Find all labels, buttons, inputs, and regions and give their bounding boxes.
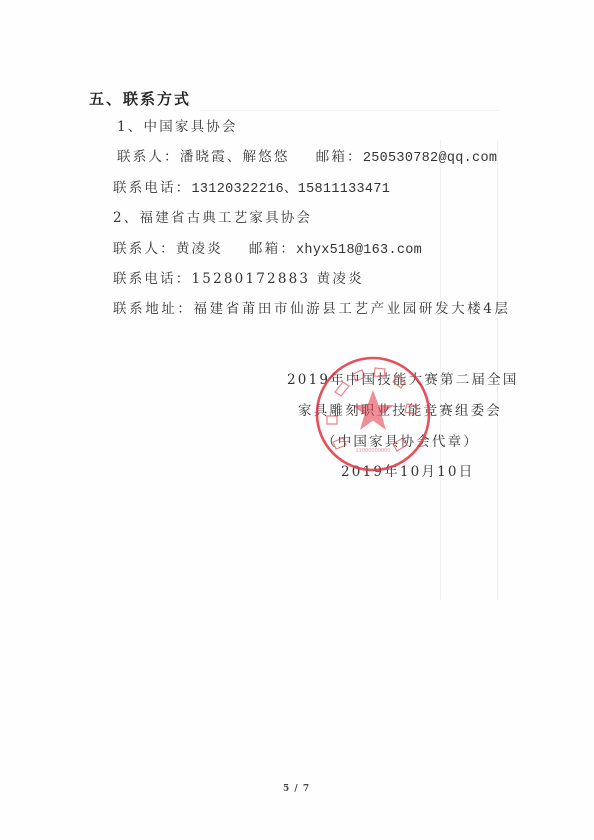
contact-value: 潘晓霞、解悠悠 — [180, 149, 290, 165]
scan-artifact — [200, 110, 500, 111]
phone-label: 联系电话： — [113, 180, 192, 196]
org-1-title: 1、中国家具协会 — [117, 119, 238, 135]
signature-line-1: 2019年中国技能大赛第二届全国 — [287, 368, 519, 388]
org-1-phone-row: 联系电话：13120322216、15811133471 — [113, 180, 390, 198]
email-label: 邮箱： — [316, 149, 363, 165]
org-1-contact-row: 联系人：潘晓霞、解悠悠邮箱：250530782@qq.com — [117, 149, 497, 167]
document-page: 五、联系方式 1、中国家具协会 联系人：潘晓霞、解悠悠邮箱：250530782@… — [0, 0, 594, 840]
email-value: 250530782@qq.com — [363, 151, 497, 166]
contact-value: 黄凌炎 — [176, 241, 223, 257]
email-label: 邮箱： — [249, 241, 296, 257]
phone-value: 15280172883 黄凌炎 — [192, 271, 364, 287]
signature-line-2: 家具雕刻职业技能竞赛组委会 — [298, 399, 502, 419]
section-heading: 五、联系方式 — [89, 88, 191, 109]
org-2-title: 2、福建省古典工艺家具协会 — [113, 210, 312, 226]
contact-label: 联系人： — [113, 241, 176, 257]
address-value: 福建省莆田市仙游县工艺产业园研发大楼4层 — [194, 301, 511, 317]
signature-date: 2019年10月10日 — [341, 460, 474, 480]
phone-label: 联系电话： — [113, 271, 192, 287]
org-2-address-row: 联系地址：福建省莆田市仙游县工艺产业园研发大楼4层 — [113, 301, 511, 317]
page-number: 5 / 7 — [283, 784, 310, 794]
phone-value: 13120322216、15811133471 — [192, 182, 391, 197]
contact-label: 联系人： — [117, 149, 180, 165]
email-value: xhyx518@163.com — [296, 243, 422, 258]
signature-line-3: （中国家具协会代章） — [322, 430, 479, 450]
org-2-contact-row: 联系人：黄凌炎邮箱：xhyx518@163.com — [113, 241, 422, 259]
address-label: 联系地址： — [113, 301, 194, 317]
org-2-phone-row: 联系电话：15280172883 黄凌炎 — [113, 271, 364, 287]
